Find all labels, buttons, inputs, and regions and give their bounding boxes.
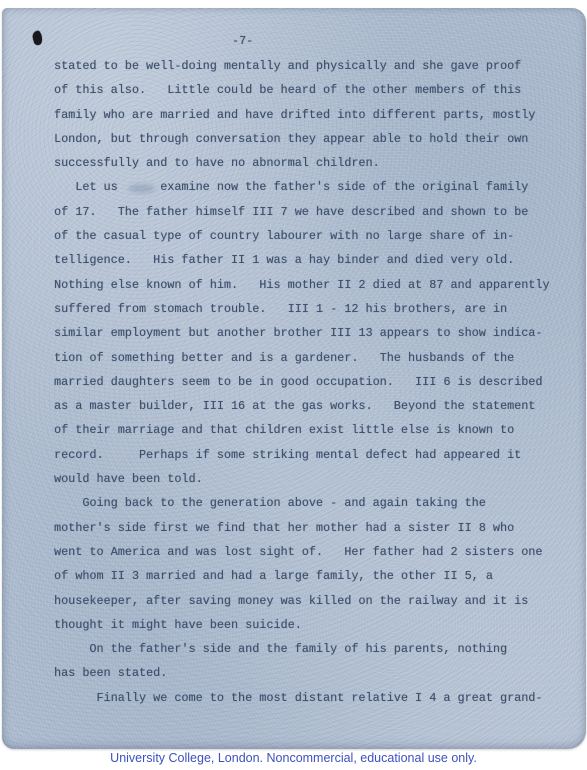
text-line: similar employment but another brother I… — [54, 321, 564, 345]
text-line: would have been told. — [54, 467, 564, 491]
text-line: Going back to the generation above - and… — [54, 491, 564, 515]
text-line: On the father's side and the family of h… — [54, 637, 564, 661]
text-line: successfully and to have no abnormal chi… — [54, 151, 564, 175]
typed-text: stated to be well-doing mentally and phy… — [54, 54, 564, 710]
archive-caption: University College, London. Noncommercia… — [0, 750, 587, 766]
text-line: London, but through conversation they ap… — [54, 127, 564, 151]
text-line: suffered from stomach trouble. III 1 - 1… — [54, 297, 564, 321]
text-line: as a master builder, III 16 at the gas w… — [54, 394, 564, 418]
scanned-page: -7- stated to be well-doing mentally and… — [2, 8, 586, 749]
text-line: mother's side first we find that her mot… — [54, 516, 564, 540]
page-number: -7- — [232, 34, 253, 48]
text-line: of 17. The father himself III 7 we have … — [54, 200, 564, 224]
text-line: of whom II 3 married and had a large fam… — [54, 564, 564, 588]
text-line: housekeeper, after saving money was kill… — [54, 589, 564, 613]
text-line: telligence. His father II 1 was a hay bi… — [54, 248, 564, 272]
text-line: of the casual type of country labourer w… — [54, 224, 564, 248]
text-line: stated to be well-doing mentally and phy… — [54, 54, 564, 78]
text-line: Nothing else known of him. His mother II… — [54, 273, 564, 297]
text-line: record. Perhaps if some striking mental … — [54, 443, 564, 467]
ink-blot-mark — [31, 30, 43, 46]
text-line: Finally we come to the most distant rela… — [54, 686, 564, 710]
text-line: married daughters seem to be in good occ… — [54, 370, 564, 394]
text-line: family who are married and have drifted … — [54, 103, 564, 127]
text-line: of this also. Little could be heard of t… — [54, 78, 564, 102]
text-line: has been stated. — [54, 661, 564, 685]
text-line: of their marriage and that children exis… — [54, 418, 564, 442]
text-line: thought it might have been suicide. — [54, 613, 564, 637]
erased-word-smudge — [128, 184, 155, 193]
text-line: went to America and was lost sight of. H… — [54, 540, 564, 564]
text-line: tion of something better and is a garden… — [54, 346, 564, 370]
